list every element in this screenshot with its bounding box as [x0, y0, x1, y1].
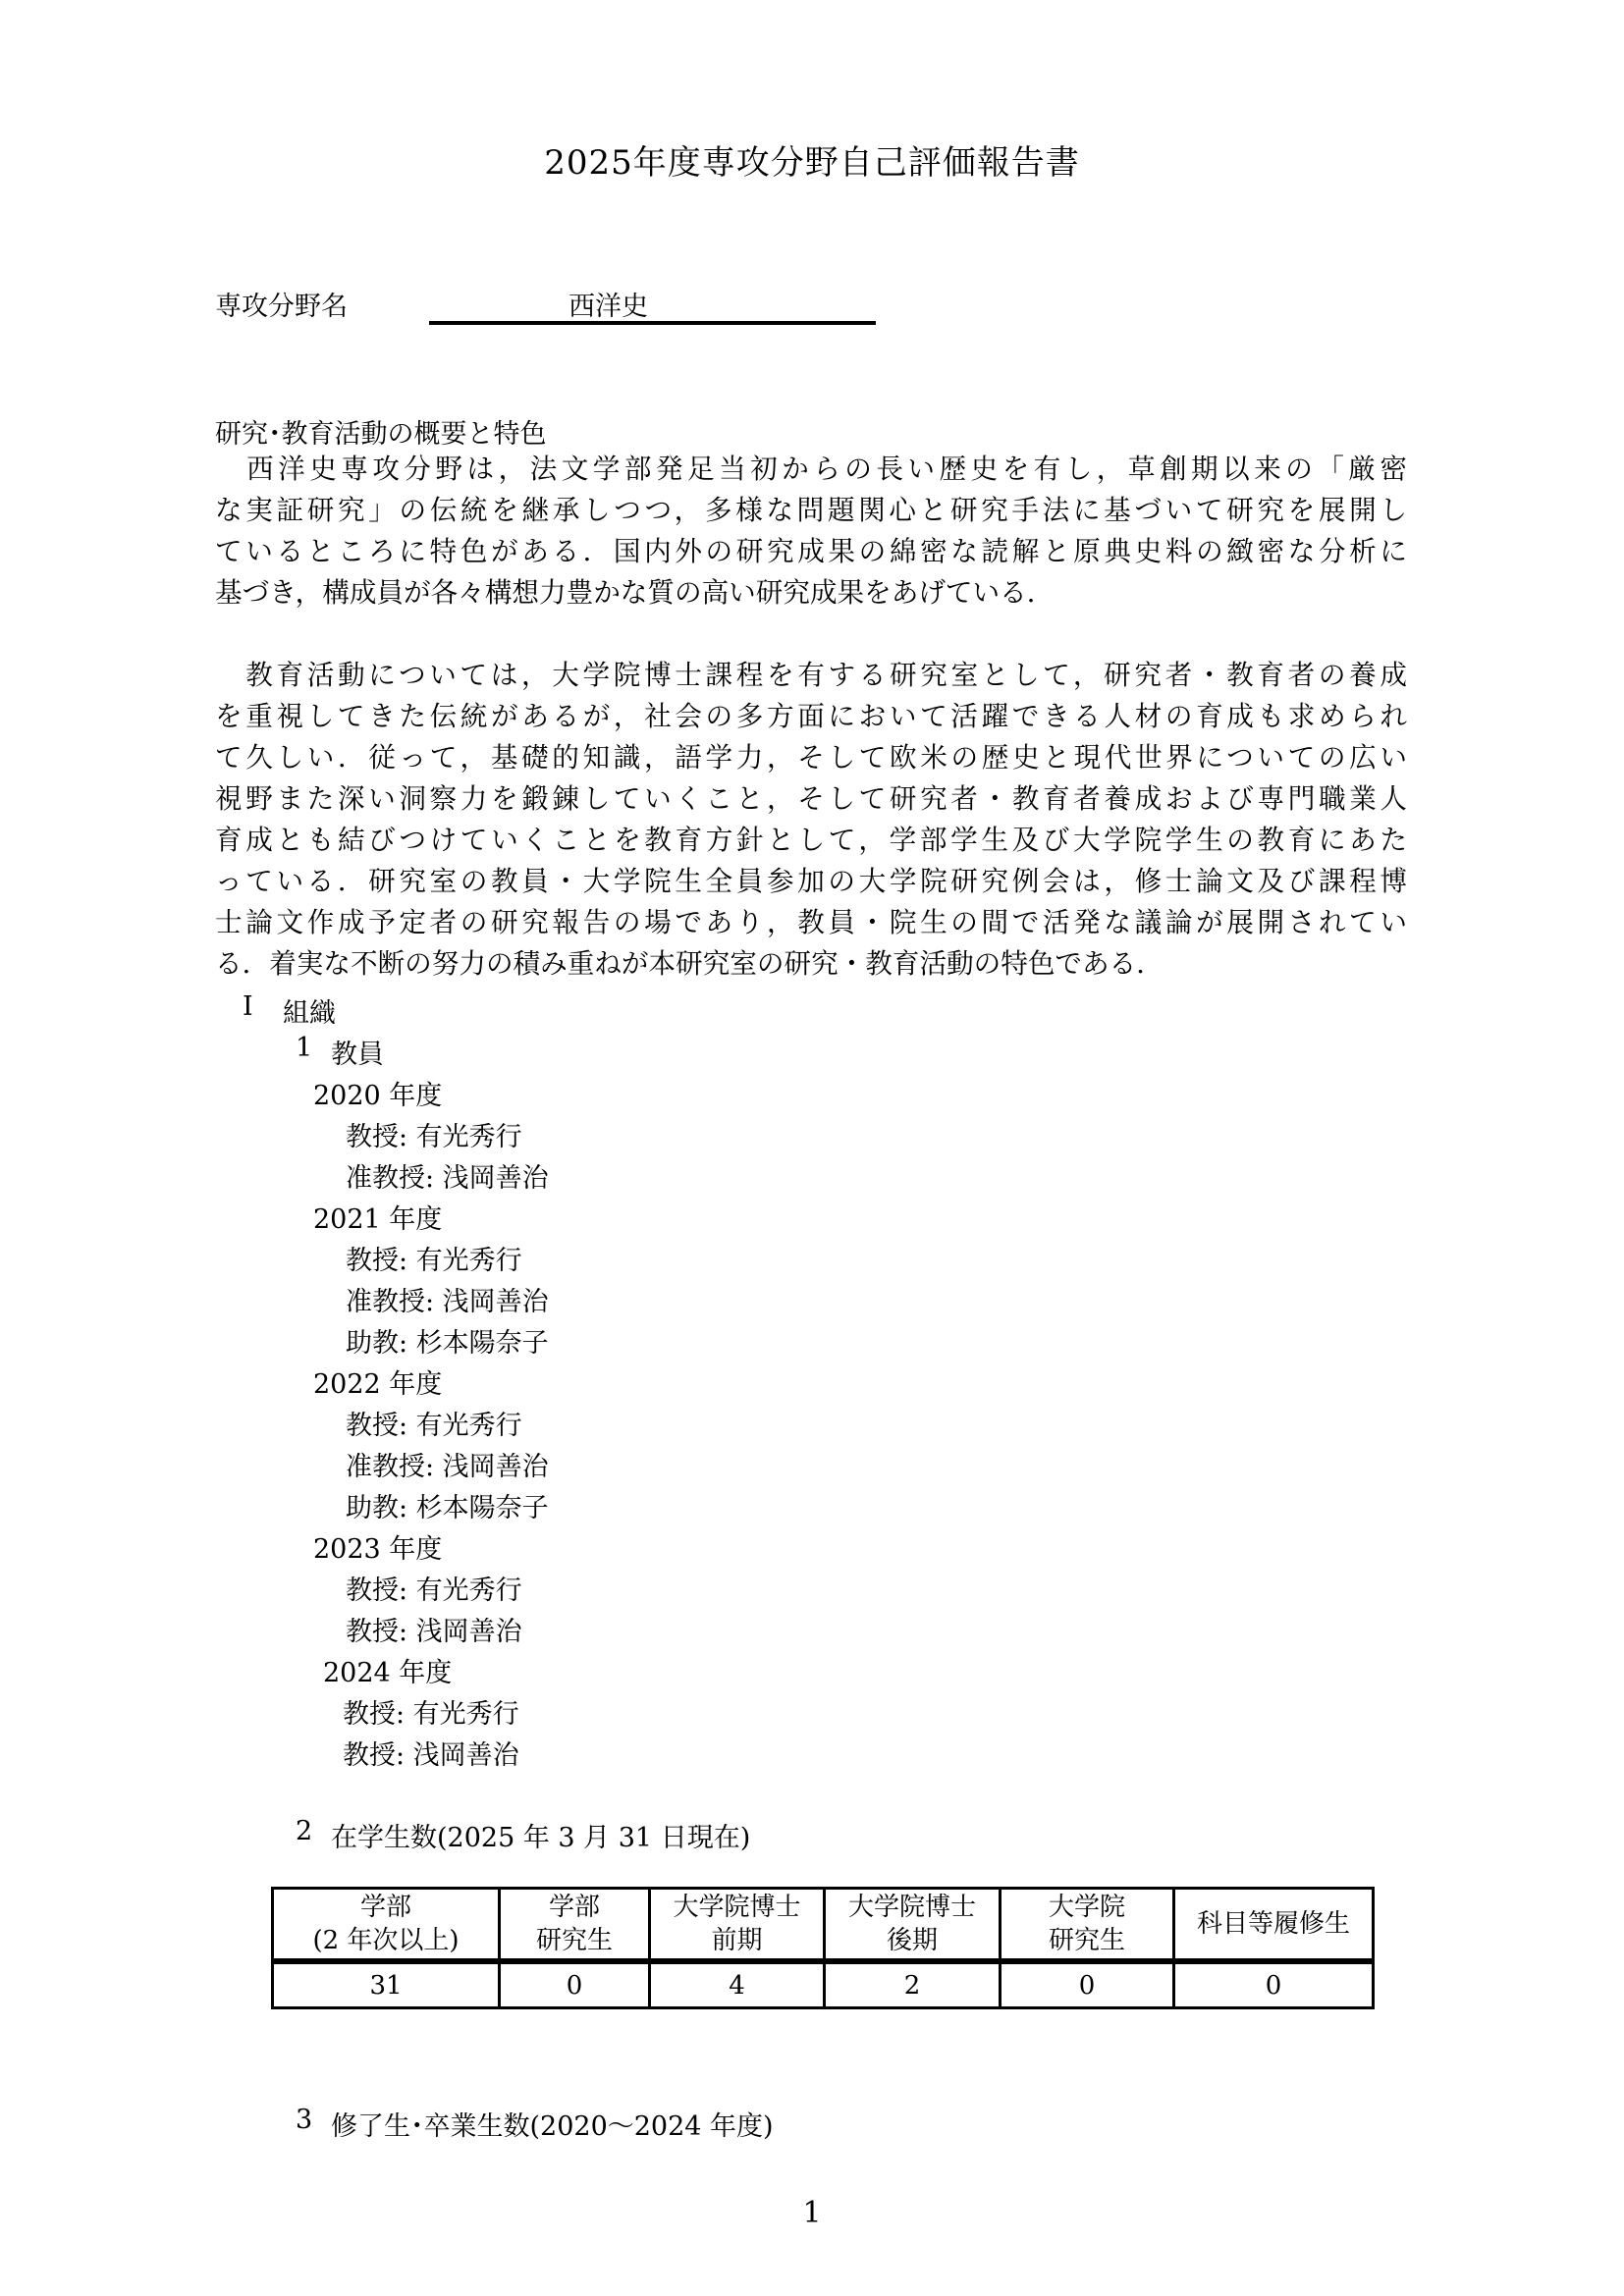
- faculty-member: 教授: 有光秀行: [346, 1115, 522, 1153]
- paragraph-line: る．着実な不断の努力の積み重ねが本研究室の研究・教育活動の特色である．: [215, 943, 1407, 985]
- table-cell: 0: [1174, 1961, 1374, 2008]
- enrollment-table: 学部 (2 年次以上) 学部 研究生 大学院博士 前期 大学院博士 後期 大学院: [271, 1887, 1375, 2009]
- paragraph-line: な実証研究」の伝統を継承しつつ，多様な問題関心と研究手法に基づいて研究を展開し: [215, 490, 1407, 531]
- paragraph-line: っている．研究室の教員・大学院生全員参加の大学院研究例会は，修士論文及び課程博: [215, 861, 1407, 902]
- faculty-member: 教授: 有光秀行: [343, 1692, 519, 1731]
- paragraph-line: 基づき，構成員が各々構想力豊かな質の高い研究成果をあげている．: [215, 572, 1407, 614]
- faculty-member: 教授: 浅岡善治: [343, 1734, 519, 1772]
- faculty-member: 准教授: 浅岡善治: [346, 1445, 549, 1483]
- faculty-number: 1: [296, 1033, 312, 1063]
- header-line: 後期: [887, 1926, 938, 1955]
- graduates-heading: 修了生･卒業生数(2020～2024 年度): [331, 2105, 774, 2143]
- graduates-number: 3: [296, 2105, 312, 2135]
- section-numeral: Ⅰ: [243, 991, 253, 1022]
- table-row: 31 0 4 2 0 0: [273, 1961, 1374, 2008]
- paragraph-line: 育成とも結びつけていくことを教育方針として，学部学生及び大学院学生の教育にあた: [215, 820, 1407, 861]
- column-header: 学部 (2 年次以上): [273, 1889, 500, 1962]
- field-name-label: 専攻分野名: [215, 285, 348, 323]
- table-cell: 2: [825, 1961, 1001, 2008]
- header-line: 研究生: [536, 1926, 613, 1955]
- overview-paragraph-1: 西洋史専攻分野は，法文学部発足当初からの長い歴史を有し，草創期以来の「厳密 な実…: [215, 449, 1407, 614]
- page-title: 2025年度専攻分野自己評価報告書: [0, 135, 1624, 184]
- faculty-member: 助教: 杉本陽奈子: [346, 1321, 549, 1360]
- year-heading: 2021 年度: [313, 1198, 442, 1236]
- paragraph-line: を重視してきた伝統があるが，社会の多方面において活躍できる人材の育成も求められ: [215, 696, 1407, 737]
- enrollment-number: 2: [296, 1816, 312, 1846]
- paragraph-line: 士論文作成予定者の研究報告の場であり，教員・院生の間で活発な議論が展開されてい: [215, 902, 1407, 943]
- year-heading: 2023 年度: [313, 1527, 442, 1566]
- column-header: 大学院 研究生: [1001, 1889, 1174, 1962]
- header-line: 研究生: [1049, 1926, 1125, 1955]
- paragraph-line: ているところに特色がある．国内外の研究成果の綿密な読解と原典史料の緻密な分析に: [215, 531, 1407, 572]
- paragraph-line: て久しい．従って，基礎的知識，語学力，そして欧米の歴史と現代世界についての広い: [215, 737, 1407, 778]
- faculty-member: 教授: 有光秀行: [346, 1404, 522, 1442]
- table-cell: 4: [650, 1961, 825, 2008]
- header-line: 科目等履修生: [1197, 1909, 1350, 1939]
- paragraph-line: 視野また深い洞察力を鍛錬していくこと，そして研究者・教育者養成および専門職業人: [215, 778, 1407, 820]
- paragraph-line: 西洋史専攻分野は，法文学部発足当初からの長い歴史を有し，草創期以来の「厳密: [215, 449, 1407, 490]
- year-heading: 2020 年度: [313, 1074, 442, 1112]
- faculty-member: 教授: 浅岡善治: [346, 1610, 522, 1648]
- faculty-member: 准教授: 浅岡善治: [346, 1280, 549, 1318]
- header-line: 学部: [549, 1893, 600, 1922]
- table-cell: 0: [1001, 1961, 1174, 2008]
- column-header: 大学院博士 後期: [825, 1889, 1001, 1962]
- faculty-member: 教授: 有光秀行: [346, 1239, 522, 1277]
- field-name-value: 西洋史: [568, 285, 648, 323]
- field-underline: [429, 321, 876, 325]
- paragraph-line: 教育活動については，大学院博士課程を有する研究室として，研究者・教育者の養成: [215, 655, 1407, 696]
- faculty-member: 准教授: 浅岡善治: [346, 1156, 549, 1195]
- header-line: 学部: [360, 1893, 411, 1922]
- header-line: 大学院博士: [848, 1893, 976, 1922]
- column-header: 学部 研究生: [500, 1889, 650, 1962]
- year-heading: 2024 年度: [323, 1651, 452, 1689]
- faculty-member: 教授: 有光秀行: [346, 1569, 522, 1607]
- header-line: 前期: [711, 1926, 762, 1955]
- faculty-heading: 教員: [331, 1033, 384, 1071]
- column-header: 大学院博士 前期: [650, 1889, 825, 1962]
- page-number: 1: [0, 2196, 1624, 2230]
- section-heading: 組織: [283, 991, 336, 1030]
- column-header: 科目等履修生: [1174, 1889, 1374, 1962]
- faculty-member: 助教: 杉本陽奈子: [346, 1486, 549, 1524]
- enrollment-table-wrap: 学部 (2 年次以上) 学部 研究生 大学院博士 前期 大学院博士 後期 大学院: [271, 1887, 1375, 2009]
- header-line: 大学院博士: [673, 1893, 800, 1922]
- header-line: 大学院: [1049, 1893, 1125, 1922]
- header-line: (2 年次以上): [312, 1926, 459, 1955]
- overview-heading: 研究･教育活動の概要と特色: [215, 412, 547, 451]
- table-cell: 0: [500, 1961, 650, 2008]
- overview-paragraph-2: 教育活動については，大学院博士課程を有する研究室として，研究者・教育者の養成 を…: [215, 655, 1407, 985]
- table-cell: 31: [273, 1961, 500, 2008]
- enrollment-heading: 在学生数(2025 年 3 月 31 日現在): [331, 1816, 750, 1854]
- year-heading: 2022 年度: [313, 1362, 442, 1401]
